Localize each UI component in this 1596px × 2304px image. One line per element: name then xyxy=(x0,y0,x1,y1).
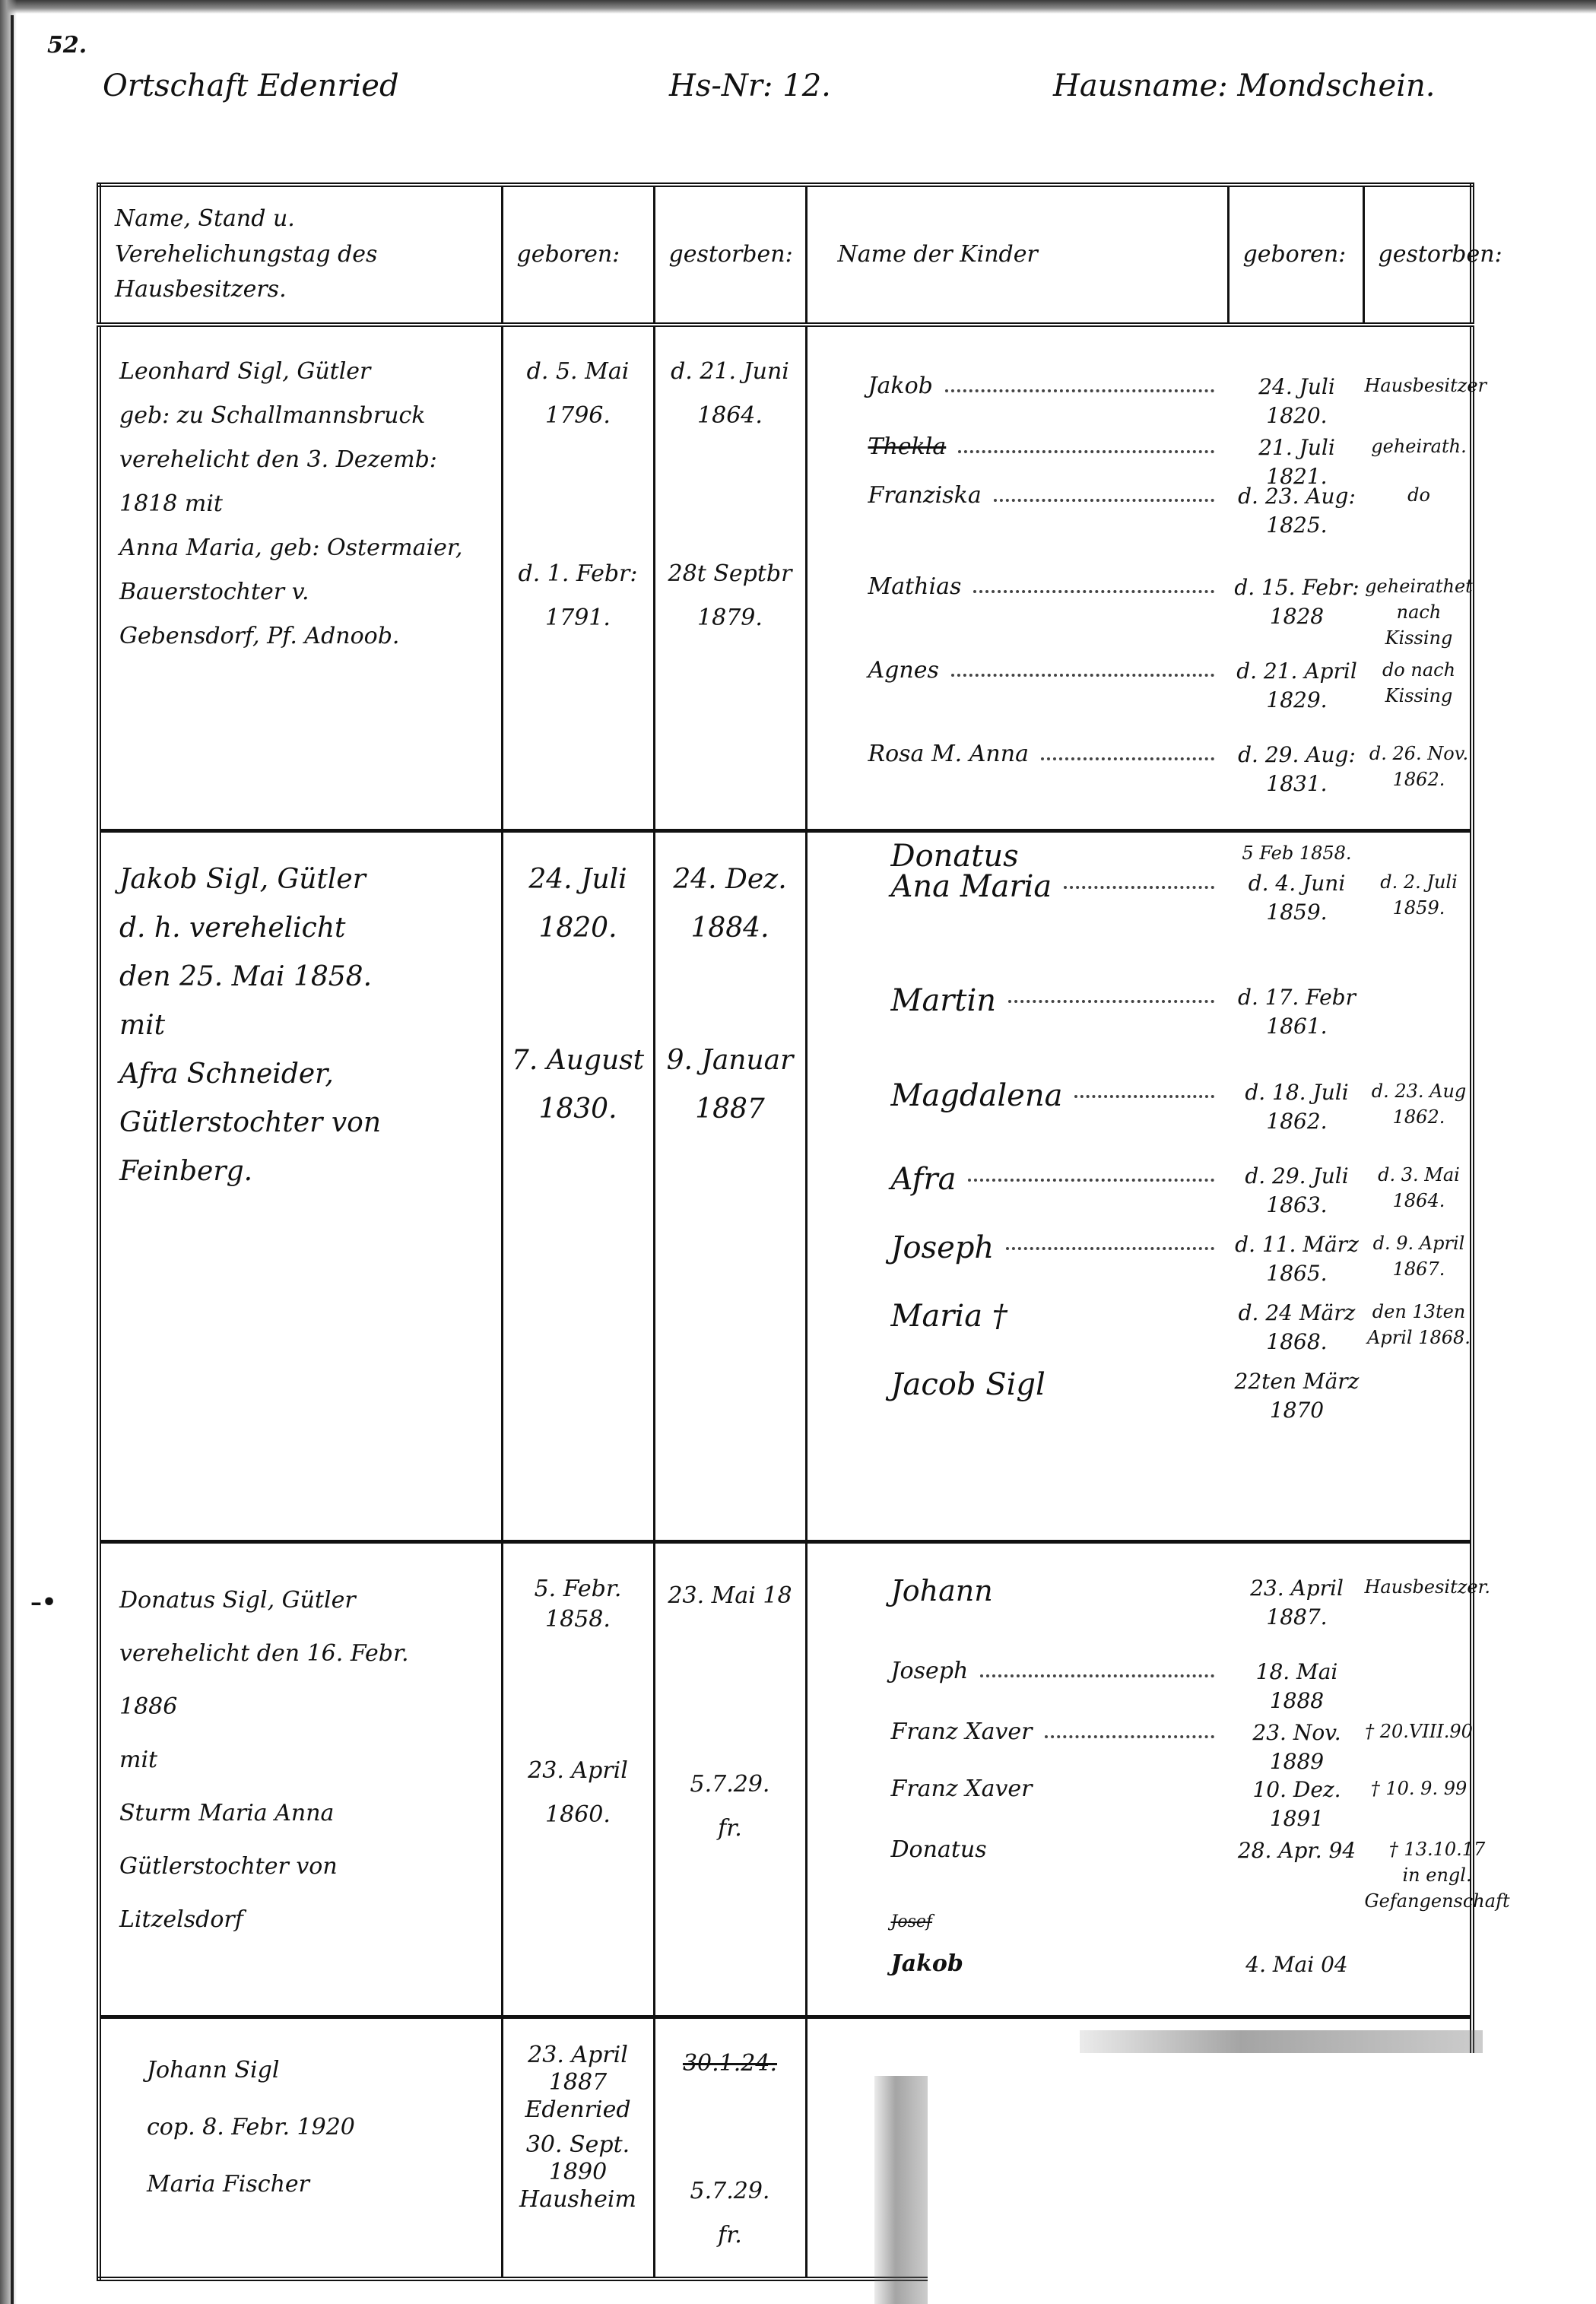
header-died: gestorben: xyxy=(654,185,806,325)
house-name: Hausname: Mondschein. xyxy=(1053,68,1435,103)
dot-leader xyxy=(945,373,1214,392)
owner-born-cell: 23. April 1887 Edenried 30. Sept. 1890 H… xyxy=(502,2017,654,2279)
child-born: 10. Dez. 1891 xyxy=(1230,1776,1365,1836)
child-died: † 20.VIII.90 xyxy=(1365,1718,1474,1776)
child-name: Joseph xyxy=(891,1230,995,1265)
list-item: Franz Xaver 10. Dez. 1891 † 10. 9. 99 xyxy=(808,1776,1471,1836)
child-born: d. 4. Juni 1859. xyxy=(1230,869,1365,983)
child-name: Franziska xyxy=(868,482,982,509)
owner-text: Leonhard Sigl, Gütler geb: zu Schallmann… xyxy=(101,327,501,659)
child-name: Ana Maria xyxy=(891,869,1052,904)
page-number: 52. xyxy=(47,32,87,59)
owner-died: 23. Mai 18 xyxy=(655,1544,805,1618)
owner-born-cell: 24. Juli 1820. 7. August 1830. xyxy=(502,830,654,1541)
header-row: Name, Stand u. Verehelichungstag des Hau… xyxy=(99,185,1472,325)
children-list: Jakob 24. Juli 1820. Hausbesitzer Thekla… xyxy=(808,327,1471,809)
list-item: Josef xyxy=(808,1912,1471,1950)
child-died: d. 26. Nov. 1862. xyxy=(1365,741,1474,809)
owner-cell: Leonhard Sigl, Gütler geb: zu Schallmann… xyxy=(99,325,502,830)
spouse-born: d. 1. Febr: 1791. xyxy=(503,438,653,640)
child-died xyxy=(1365,1950,1474,2004)
child-died: † 10. 9. 99 xyxy=(1365,1776,1474,1836)
child-name: Josef xyxy=(891,1912,933,1931)
owner-died: 24. Dez. 1884. xyxy=(655,833,805,953)
blank-overlay xyxy=(928,2053,1596,2304)
list-item: Jacob Sigl 22ten März 1870 xyxy=(808,1367,1471,1481)
child-name: Jakob xyxy=(868,373,933,399)
owner-cell: Johann Sigl cop. 8. Febr. 1920 Maria Fis… xyxy=(99,2017,502,2279)
list-item: Magdalena d. 18. Juli 1862. d. 23. Aug 1… xyxy=(808,1078,1471,1162)
child-died: den 13ten April 1868. xyxy=(1365,1299,1474,1367)
child-born: 18. Mai 1888 xyxy=(1230,1658,1365,1718)
child-name: Afra xyxy=(891,1162,957,1197)
children-list: Donatus 5 Feb 1858. Ana Maria d. 4. Juni… xyxy=(808,833,1471,1481)
dot-leader xyxy=(980,1658,1214,1677)
header-child-born: geboren: xyxy=(1228,185,1363,325)
child-born: 23. Nov. 1889 xyxy=(1230,1718,1365,1776)
owner-died-cell: 23. Mai 18 5.7.29. fr. xyxy=(654,1541,806,2017)
child-name: Jakob xyxy=(891,1950,963,1977)
list-item: Maria † d. 24 März 1868. den 13ten April… xyxy=(808,1299,1471,1367)
list-item: Rosa M. Anna d. 29. Aug: 1831. d. 26. No… xyxy=(808,741,1471,809)
table-row: Jakob Sigl, Gütler d. h. verehelicht den… xyxy=(99,830,1472,1541)
dot-leader xyxy=(1045,1718,1214,1738)
children-cell: Jakob 24. Juli 1820. Hausbesitzer Thekla… xyxy=(806,325,1472,830)
owner-died: 30.1.24. xyxy=(655,2019,805,2086)
dot-leader xyxy=(958,433,1214,453)
owner-died-cell: 24. Dez. 1884. 9. Januar 1887 xyxy=(654,830,806,1541)
house-number: Hs-Nr: 12. xyxy=(669,68,831,103)
children-list: Johann 23. April 1887. Hausbesitzer. Jos… xyxy=(808,1544,1471,2004)
owner-born-cell: d. 5. Mai 1796. d. 1. Febr: 1791. xyxy=(502,325,654,830)
owner-cell: Jakob Sigl, Gütler d. h. verehelicht den… xyxy=(99,830,502,1541)
table-row: Leonhard Sigl, Gütler geb: zu Schallmann… xyxy=(99,325,1472,830)
list-item: Martin d. 17. Febr 1861. xyxy=(808,983,1471,1078)
header-children: Name der Kinder xyxy=(806,185,1228,325)
list-item: Thekla 21. Juli 1821. geheirath. xyxy=(808,433,1471,467)
child-name: Franz Xaver xyxy=(891,1776,1033,1802)
child-born: 4. Mai 04 xyxy=(1230,1950,1365,2004)
spouse-died: 5.7.29. fr. xyxy=(655,2086,805,2258)
child-born: 28. Apr. 94 xyxy=(1230,1836,1365,1912)
child-born: 24. Juli 1820. xyxy=(1230,373,1365,433)
owner-text: Jakob Sigl, Gütler d. h. verehelicht den… xyxy=(101,833,501,1196)
dot-leader xyxy=(1006,1230,1214,1250)
dot-leader xyxy=(1008,983,1214,1003)
child-died xyxy=(1365,983,1474,1078)
child-name: Mathias xyxy=(868,573,962,600)
scan-edge-left xyxy=(0,0,17,2304)
list-item: Mathias d. 15. Febr: 1828 geheirathet na… xyxy=(808,573,1471,657)
dot-leader xyxy=(994,482,1214,502)
list-item: Franz Xaver 23. Nov. 1889 † 20.VIII.90 xyxy=(808,1718,1471,1776)
child-died: geheirathet nach Kissing xyxy=(1365,573,1474,657)
list-item: Donatus 5 Feb 1858. xyxy=(808,839,1471,869)
dot-leader xyxy=(968,1162,1214,1182)
child-born: 23. April 1887. xyxy=(1230,1574,1365,1658)
child-name: Rosa M. Anna xyxy=(868,741,1029,767)
child-name: Jacob Sigl xyxy=(891,1367,1045,1402)
children-cell: Johann 23. April 1887. Hausbesitzer. Jos… xyxy=(806,1541,1472,2017)
child-died: Hausbesitzer. xyxy=(1365,1574,1491,1658)
dot-leader xyxy=(1041,741,1214,760)
spouse-born: 30. Sept. 1890 Hausheim xyxy=(503,2124,653,2214)
child-died xyxy=(1365,1367,1474,1481)
children-cell: Donatus 5 Feb 1858. Ana Maria d. 4. Juni… xyxy=(806,830,1472,1541)
list-item: Ana Maria d. 4. Juni 1859. d. 2. Juli 18… xyxy=(808,869,1471,983)
list-item: Joseph 18. Mai 1888 xyxy=(808,1658,1471,1718)
list-item: Jakob 4. Mai 04 xyxy=(808,1950,1471,2004)
child-born: 22ten März 1870 xyxy=(1230,1367,1365,1481)
header-born: geboren: xyxy=(502,185,654,325)
list-item: Joseph d. 11. März 1865. d. 9. April 186… xyxy=(808,1230,1471,1299)
owner-born: 23. April 1887 Edenried xyxy=(503,2019,653,2124)
dot-leader xyxy=(1074,1078,1214,1098)
owner-text: Donatus Sigl, Gütler verehelicht den 16.… xyxy=(101,1544,501,1947)
dot-leader xyxy=(951,657,1214,677)
child-died: do nach Kissing xyxy=(1365,657,1474,741)
scan-edge-top xyxy=(0,0,1596,14)
child-born: d. 29. Aug: 1831. xyxy=(1230,741,1365,809)
child-born: d. 11. März 1865. xyxy=(1230,1230,1365,1299)
list-item: Jakob 24. Juli 1820. Hausbesitzer xyxy=(808,373,1471,433)
owner-text: Johann Sigl cop. 8. Febr. 1920 Maria Fis… xyxy=(101,2019,501,2213)
dot-leader xyxy=(1064,869,1214,889)
child-name: Martin xyxy=(891,983,997,1018)
table-row: Donatus Sigl, Gütler verehelicht den 16.… xyxy=(99,1541,1472,2017)
header-owner: Name, Stand u. Verehelichungstag des Hau… xyxy=(99,185,502,325)
child-born xyxy=(1230,1912,1365,1950)
child-born: d. 17. Febr 1861. xyxy=(1230,983,1365,1078)
child-name: Maria † xyxy=(891,1299,1007,1334)
owner-died: d. 21. Juni 1864. xyxy=(655,327,805,438)
child-name: Joseph xyxy=(891,1658,969,1684)
owner-died-cell: d. 21. Juni 1864. 28t Septbr 1879. xyxy=(654,325,806,830)
child-born: d. 21. April 1829. xyxy=(1230,657,1365,741)
child-name: Johann xyxy=(891,1574,993,1607)
child-born: d. 18. Juli 1862. xyxy=(1230,1078,1365,1162)
child-name: Thekla xyxy=(868,433,947,460)
house-register-table: Name, Stand u. Verehelichungstag des Hau… xyxy=(97,182,1474,2281)
scan-smudge xyxy=(874,2076,928,2304)
spouse-died: 5.7.29. fr. xyxy=(655,1618,805,1851)
child-name: Donatus xyxy=(891,1836,987,1863)
child-died: d. 3. Mai 1864. xyxy=(1365,1162,1474,1230)
spouse-died: 9. Januar 1887 xyxy=(655,953,805,1134)
child-born: d. 24 März 1868. xyxy=(1230,1299,1365,1367)
child-died: † 13.10.17 in engl. Gefangenschaft xyxy=(1365,1836,1510,1912)
child-died: d. 23. Aug 1862. xyxy=(1365,1078,1474,1162)
list-item: Afra d. 29. Juli 1863. d. 3. Mai 1864. xyxy=(808,1162,1471,1230)
child-died: d. 9. April 1867. xyxy=(1365,1230,1474,1299)
child-born: d. 23. Aug: 1825. xyxy=(1230,482,1365,573)
spouse-born: 23. April 1860. xyxy=(503,1635,653,1837)
place-label: Ortschaft Edenried xyxy=(103,68,399,103)
owner-died-cell: 30.1.24. 5.7.29. fr. xyxy=(654,2017,806,2279)
list-item: Johann 23. April 1887. Hausbesitzer. xyxy=(808,1574,1471,1658)
owner-born-cell: 5. Febr. 1858. 23. April 1860. xyxy=(502,1541,654,2017)
child-died: geheirath. xyxy=(1365,433,1474,467)
list-item: Donatus 28. Apr. 94 † 13.10.17 in engl. … xyxy=(808,1836,1471,1912)
child-died xyxy=(1365,1912,1474,1950)
child-born: d. 15. Febr: 1828 xyxy=(1230,573,1365,657)
list-item: Franziska d. 23. Aug: 1825. do xyxy=(808,467,1471,573)
owner-born: 5. Febr. 1858. xyxy=(503,1544,653,1635)
child-died: do xyxy=(1365,482,1474,573)
spouse-born: 7. August 1830. xyxy=(503,953,653,1134)
child-born: d. 29. Juli 1863. xyxy=(1230,1162,1365,1230)
child-born: 21. Juli 1821. xyxy=(1230,433,1365,467)
child-name: Agnes xyxy=(868,657,939,684)
scan-binding-line xyxy=(11,15,14,2304)
owner-born: 24. Juli 1820. xyxy=(503,833,653,953)
list-item: Agnes d. 21. April 1829. do nach Kissing xyxy=(808,657,1471,741)
dot-leader xyxy=(973,573,1214,593)
child-died: Hausbesitzer xyxy=(1365,373,1487,433)
owner-cell: Donatus Sigl, Gütler verehelicht den 16.… xyxy=(99,1541,502,2017)
owner-born: d. 5. Mai 1796. xyxy=(503,327,653,438)
child-born: 5 Feb 1858. xyxy=(1230,839,1365,869)
child-died: d. 2. Juli 1859. xyxy=(1365,869,1474,983)
child-died xyxy=(1365,1658,1474,1718)
child-died xyxy=(1365,839,1474,869)
margin-mark: –• xyxy=(30,1589,56,1616)
child-name: Magdalena xyxy=(891,1078,1063,1113)
spouse-died: 28t Septbr 1879. xyxy=(655,438,805,640)
child-name: Franz Xaver xyxy=(891,1718,1033,1745)
header-child-died: gestorben: xyxy=(1363,185,1472,325)
